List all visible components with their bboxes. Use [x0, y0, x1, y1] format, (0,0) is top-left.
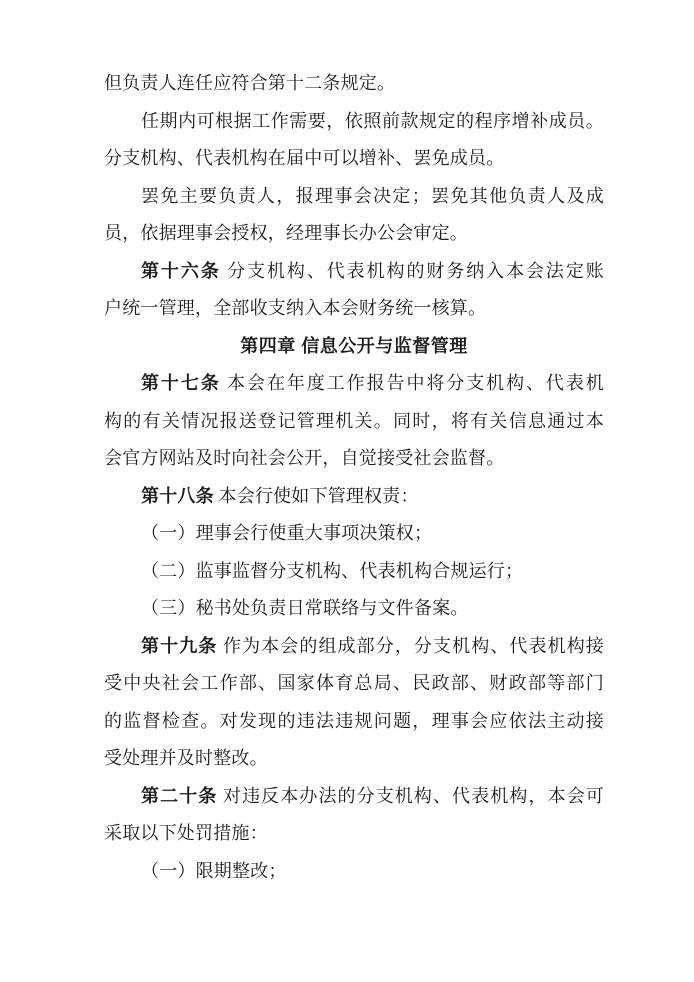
chapter-heading-text: 第四章 信息公开与监督管理 [240, 336, 468, 356]
line-text: 受中央社会工作部、国家体育总局、民政部、财政部等部门 [104, 673, 604, 693]
line-text: 构的有关情况报送登记管理机关。同时，将有关信息通过本 [104, 411, 604, 431]
line-text: 对违反本办法的分支机构、代表机构，本会可 [217, 786, 604, 806]
line-text: 分支机构、代表机构的财务纳入本会法定账 [221, 261, 604, 281]
line-text: 受处理并及时整改。 [104, 748, 268, 768]
chapter-heading: 第四章 信息公开与监督管理 [104, 328, 604, 366]
body-line-16-article-19: 第十九条 作为本会的组成部分，分支机构、代表机构接 [104, 628, 604, 666]
line-text: 作为本会的组成部分，分支机构、代表机构接 [217, 636, 604, 656]
article-number: 第十七条 [141, 373, 221, 393]
line-text: 会官方网站及时向社会公开，自觉接受社会监督。 [104, 448, 504, 468]
body-line-10: 构的有关情况报送登记管理机关。同时，将有关信息通过本 [104, 403, 604, 441]
body-line-12-article-18: 第十八条 本会行使如下管理权责： [104, 478, 604, 516]
body-line-18: 的监督检查。对发现的违法违规问题，理事会应依法主动接 [104, 703, 604, 741]
body-line-06-article-16: 第十六条 分支机构、代表机构的财务纳入本会法定账 [104, 253, 604, 291]
body-line-13-item-1: （一）理事会行使重大事项决策权； [104, 515, 604, 553]
line-text: （三）秘书处负责日常联络与文件备案。 [141, 598, 469, 618]
line-text: 户统一管理，全部收支纳入本会财务统一核算。 [104, 298, 486, 318]
body-line-01: 但负责人连任应符合第十二条规定。 [104, 65, 604, 103]
body-line-09-article-17: 第十七条 本会在年度工作报告中将分支机构、代表机 [104, 365, 604, 403]
line-text: 员，依据理事会授权，经理事长办公会审定。 [104, 223, 468, 243]
body-line-19: 受处理并及时整改。 [104, 740, 604, 778]
article-number: 第十九条 [141, 636, 217, 656]
line-text: 本会行使如下管理权责： [214, 486, 419, 506]
line-text: 的监督检查。对发现的违法违规问题，理事会应依法主动接 [104, 711, 604, 731]
body-line-05: 员，依据理事会授权，经理事长办公会审定。 [104, 215, 604, 253]
article-number: 第二十条 [141, 786, 217, 806]
body-line-02: 任期内可根据工作需要，依照前款规定的程序增补成员。 [104, 103, 604, 141]
line-text: 分支机构、代表机构在届中可以增补、罢免成员。 [104, 148, 504, 168]
line-text: （一）限期整改； [141, 861, 287, 881]
article-number: 第十六条 [141, 261, 221, 281]
line-text: 罢免主要负责人，报理事会决定；罢免其他负责人及成 [141, 186, 604, 206]
document-page: 但负责人连任应符合第十二条规定。 任期内可根据工作需要，依照前款规定的程序增补成… [0, 0, 694, 982]
line-text: 采取以下处罚措施： [104, 823, 268, 843]
body-line-04: 罢免主要负责人，报理事会决定；罢免其他负责人及成 [104, 178, 604, 216]
document-body: 但负责人连任应符合第十二条规定。 任期内可根据工作需要，依照前款规定的程序增补成… [104, 65, 604, 890]
body-line-11: 会官方网站及时向社会公开，自觉接受社会监督。 [104, 440, 604, 478]
body-line-20-article-20: 第二十条 对违反本办法的分支机构、代表机构，本会可 [104, 778, 604, 816]
body-line-22-item-1: （一）限期整改； [104, 853, 604, 891]
line-text: （二）监事监督分支机构、代表机构合规运行； [141, 561, 523, 581]
body-line-17: 受中央社会工作部、国家体育总局、民政部、财政部等部门 [104, 665, 604, 703]
body-line-03: 分支机构、代表机构在届中可以增补、罢免成员。 [104, 140, 604, 178]
body-line-07: 户统一管理，全部收支纳入本会财务统一核算。 [104, 290, 604, 328]
line-text: 本会在年度工作报告中将分支机构、代表机 [221, 373, 604, 393]
body-line-21: 采取以下处罚措施： [104, 815, 604, 853]
line-text: 任期内可根据工作需要，依照前款规定的程序增补成员。 [141, 111, 604, 131]
article-number: 第十八条 [141, 486, 214, 506]
body-line-15-item-3: （三）秘书处负责日常联络与文件备案。 [104, 590, 604, 628]
line-text: （一）理事会行使重大事项决策权； [141, 523, 432, 543]
body-line-14-item-2: （二）监事监督分支机构、代表机构合规运行； [104, 553, 604, 591]
line-text: 但负责人连任应符合第十二条规定。 [104, 73, 395, 93]
